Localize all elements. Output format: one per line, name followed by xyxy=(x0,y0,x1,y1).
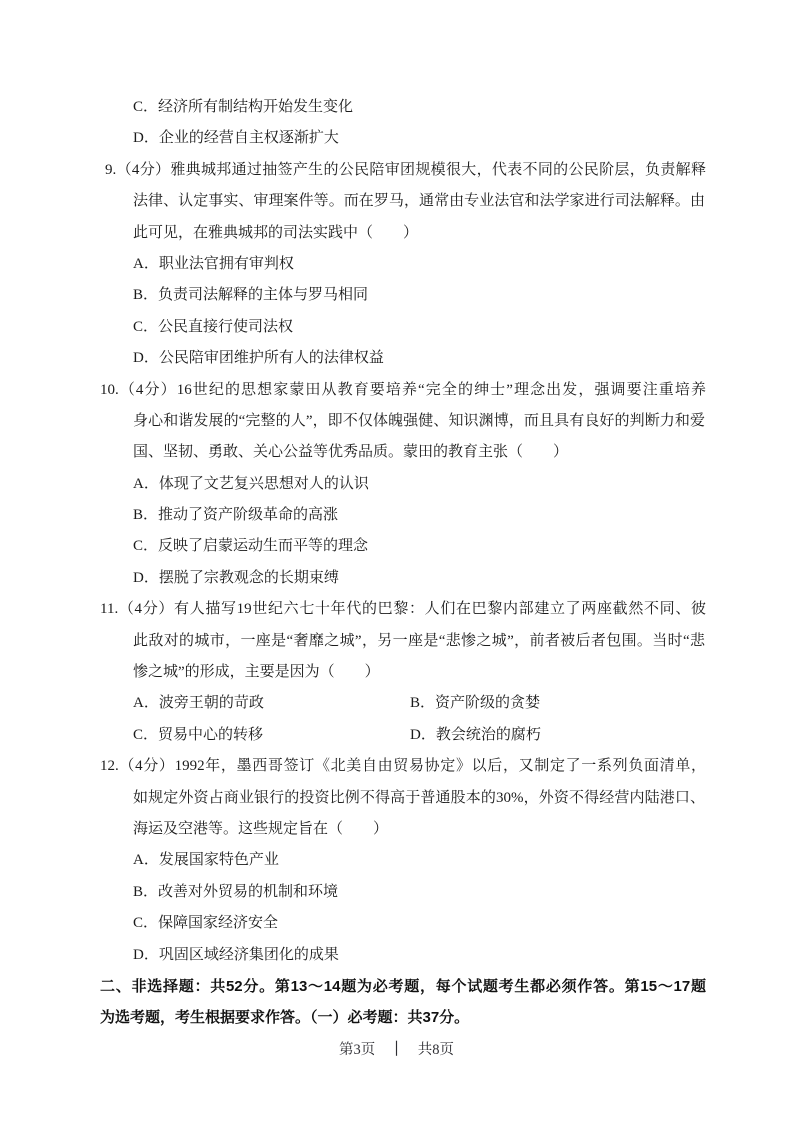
option-line: A．职业法官拥有审判权 xyxy=(133,249,706,280)
exam-paper-page: C．经济所有制结构开始发生变化 D．企业的经营自主权逐渐扩大 9.（4分）雅典城… xyxy=(0,0,793,1122)
question-stem-line: 惨之城”的形成，主要是因为（ ） xyxy=(133,657,705,688)
page-total: 共8页 xyxy=(418,1042,454,1058)
question-stem-line: 11.（4分）有人描写19世纪六七十年代的巴黎：人们在巴黎内部建立了两座截然不同… xyxy=(100,594,706,625)
option-line: D．企业的经营自主权逐渐扩大 xyxy=(133,123,706,154)
option-line: C．经济所有制结构开始发生变化 xyxy=(133,92,706,123)
exam-content: C．经济所有制结构开始发生变化 D．企业的经营自主权逐渐扩大 9.（4分）雅典城… xyxy=(100,92,706,1034)
option-line: D．摆脱了宗教观念的长期束缚 xyxy=(133,563,706,594)
question-stem-line: 9.（4分）雅典城邦通过抽签产生的公民陪审团规模很大，代表不同的公民阶层，负责解… xyxy=(105,155,706,186)
option-line: C．公民直接行使司法权 xyxy=(133,312,706,343)
option-line: A．发展国家特色产业 xyxy=(133,845,706,876)
option-line: C．贸易中心的转移 xyxy=(133,720,410,751)
option-line: D．巩固区域经济集团化的成果 xyxy=(133,940,706,971)
question-stem-line: 此敌对的城市，一座是“奢靡之城”，另一座是“悲惨之城”，前者被后者包围。当时“悲 xyxy=(133,626,705,657)
question-stem-line: 法律、认定事实、审理案件等。而在罗马，通常由专业法官和法学家进行司法解释。由 xyxy=(133,186,705,217)
question-stem-line: 国、坚韧、勇敢、关心公益等优秀品质。蒙田的教育主张（ ） xyxy=(133,437,705,468)
option-row: A．波旁王朝的苛政 B．资产阶级的贪婪 xyxy=(133,688,705,719)
option-line: B．改善对外贸易的机制和环境 xyxy=(133,877,706,908)
page-footer: 第3页｜共8页 xyxy=(0,1038,793,1059)
option-line: B．推动了资产阶级革命的高涨 xyxy=(133,500,706,531)
question-stem-line: 12.（4分）1992年，墨西哥签订《北美自由贸易协定》以后，又制定了一系列负面… xyxy=(100,751,706,782)
page-number: 第3页 xyxy=(339,1042,375,1058)
option-line: C．保障国家经济安全 xyxy=(133,908,706,939)
question-stem-line: 海运及空港等。这些规定旨在（ ） xyxy=(133,814,705,845)
section-heading-line: 为选考题，考生根据要求作答。（一）必考题：共37分。 xyxy=(100,1002,706,1033)
option-line: D．教会统治的腐朽 xyxy=(410,720,705,751)
question-stem-line: 身心和谐发展的“完整的人”，即不仅体魄强健、知识渊博，而且具有良好的判断力和爱 xyxy=(133,406,705,437)
option-row: C．贸易中心的转移 D．教会统治的腐朽 xyxy=(133,720,705,751)
option-line: A．体现了文艺复兴思想对人的认识 xyxy=(133,469,706,500)
option-line: B．资产阶级的贪婪 xyxy=(410,688,705,719)
question-stem-line: 如规定外资占商业银行的投资比例不得高于普通股本的30%，外资不得经营内陆港口、 xyxy=(133,783,705,814)
option-line: B．负责司法解释的主体与罗马相同 xyxy=(133,280,706,311)
section-heading-line: 二、非选择题：共52分。第13～14题为必考题，每个试题考生都必须作答。第15～… xyxy=(100,971,706,1002)
option-line: C．反映了启蒙运动生而平等的理念 xyxy=(133,531,706,562)
question-stem-line: 10.（4分）16世纪的思想家蒙田从教育要培养“完全的绅士”理念出发，强调要注重… xyxy=(100,375,706,406)
question-stem-line: 此可见，在雅典城邦的司法实践中（ ） xyxy=(133,218,705,249)
option-line: A．波旁王朝的苛政 xyxy=(133,688,410,719)
option-line: D．公民陪审团维护所有人的法律权益 xyxy=(133,343,706,374)
page-separator: ｜ xyxy=(389,1042,404,1058)
